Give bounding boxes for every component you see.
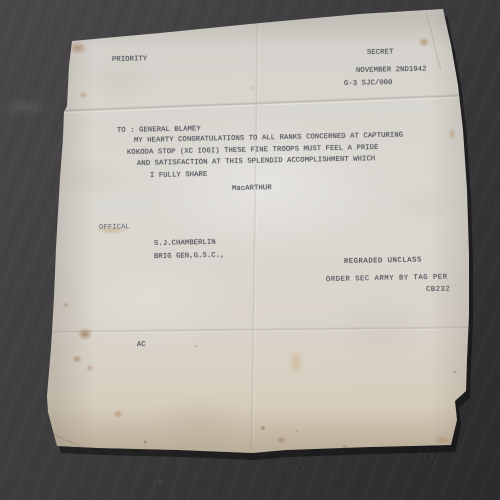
official-name: S.J.CHAMBERLIN [154,239,216,248]
official-label: OFFICAL [99,223,130,232]
message-body-line: I FULLY SHARE [150,171,208,180]
addressee-line: TO : GENERAL BLAMEY [117,125,201,135]
regrade-stamp-line: REGRADED UNCLASS [344,256,422,266]
priority-marking: PRIORITY [112,55,147,64]
regrade-stamp-number: CB232 [426,286,450,294]
message-body-line: AND SATISFACTION AT THIS SPLENDID ACCOMP… [137,155,375,168]
telegram-photo: PRIORITY SECRET NOVEMBER 2ND1942 G-3 SJC… [0,0,500,500]
typewritten-text-layer: PRIORITY SECRET NOVEMBER 2ND1942 G-3 SJC… [0,0,500,500]
date-line: NOVEMBER 2ND1942 [356,66,427,75]
regrade-stamp-line: ORDER SEC ARMY BY TAG PER [326,274,448,284]
classification-marking: SECRET [367,48,394,57]
official-title: BRIG GEN,G.S.C., [154,252,225,261]
annotation-initials: AC [137,341,146,349]
reference-line: G-3 SJC/000 [344,79,393,88]
sender-signature: MacARTHUR [232,184,272,193]
